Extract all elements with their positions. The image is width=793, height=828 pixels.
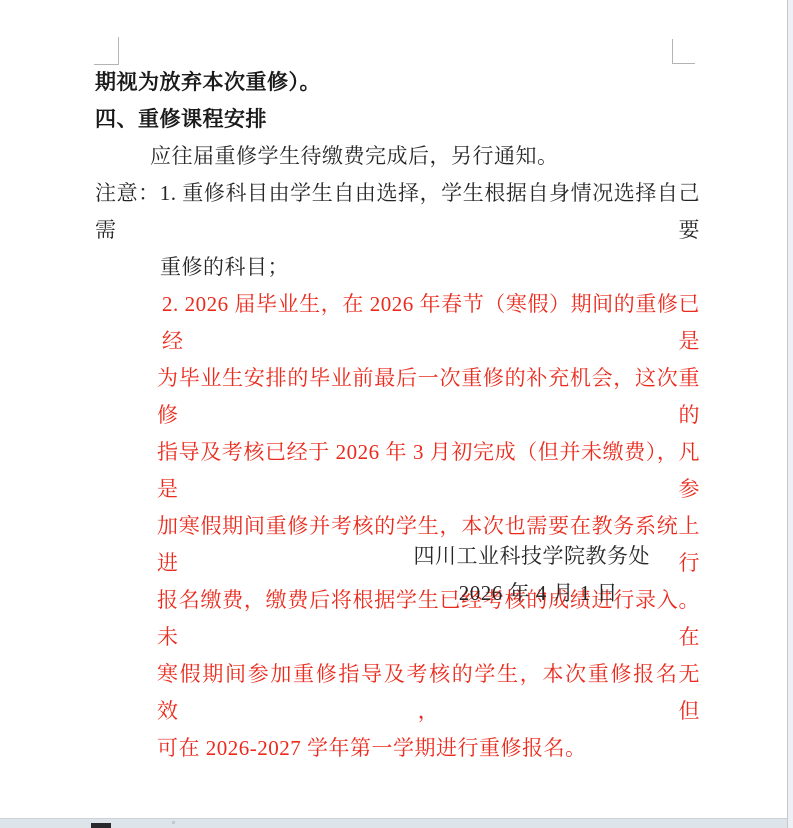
doc-line[interactable]: 期视为放弃本次重修）。 <box>95 64 700 101</box>
margin-crop-mark-top-right <box>672 39 695 64</box>
signature-line[interactable]: 四川工业科技学院教务处 <box>95 538 700 575</box>
date-line[interactable]: 2026 年 4 月 1 日 <box>95 575 700 612</box>
margin-crop-mark-top-left <box>94 37 119 65</box>
doc-line-red[interactable]: 2. 2026 届毕业生，在 2026 年春节（寒假）期间的重修已经是 <box>95 286 700 360</box>
document-body: 期视为放弃本次重修）。 四、重修课程安排 应往届重修学生待缴费完成后，另行通知。… <box>95 64 700 767</box>
doc-heading[interactable]: 四、重修课程安排 <box>95 101 700 138</box>
next-page-content-fragment <box>91 823 111 828</box>
page-bottom-gap <box>0 818 787 828</box>
page-right-edge <box>787 0 793 828</box>
doc-line-red[interactable]: 寒假期间参加重修指导及考核的学生，本次重修报名无效，但 <box>95 656 700 730</box>
next-page-mark-fragment <box>172 821 175 824</box>
doc-line[interactable]: 注意：1. 重修科目由学生自由选择，学生根据自身情况选择自己需要 <box>95 175 700 249</box>
doc-line[interactable]: 重修的科目； <box>95 249 700 286</box>
doc-line-red[interactable]: 指导及考核已经于 2026 年 3 月初完成（但并未缴费），凡是参 <box>95 434 700 508</box>
doc-line[interactable]: 应往届重修学生待缴费完成后，另行通知。 <box>95 138 700 175</box>
doc-line-red[interactable]: 可在 2026-2027 学年第一学期进行重修报名。 <box>95 730 700 767</box>
document-page[interactable]: 期视为放弃本次重修）。 四、重修课程安排 应往届重修学生待缴费完成后，另行通知。… <box>0 0 787 818</box>
signature-block: 四川工业科技学院教务处 2026 年 4 月 1 日 <box>95 538 700 612</box>
doc-line-red[interactable]: 为毕业生安排的毕业前最后一次重修的补充机会，这次重修的 <box>95 360 700 434</box>
